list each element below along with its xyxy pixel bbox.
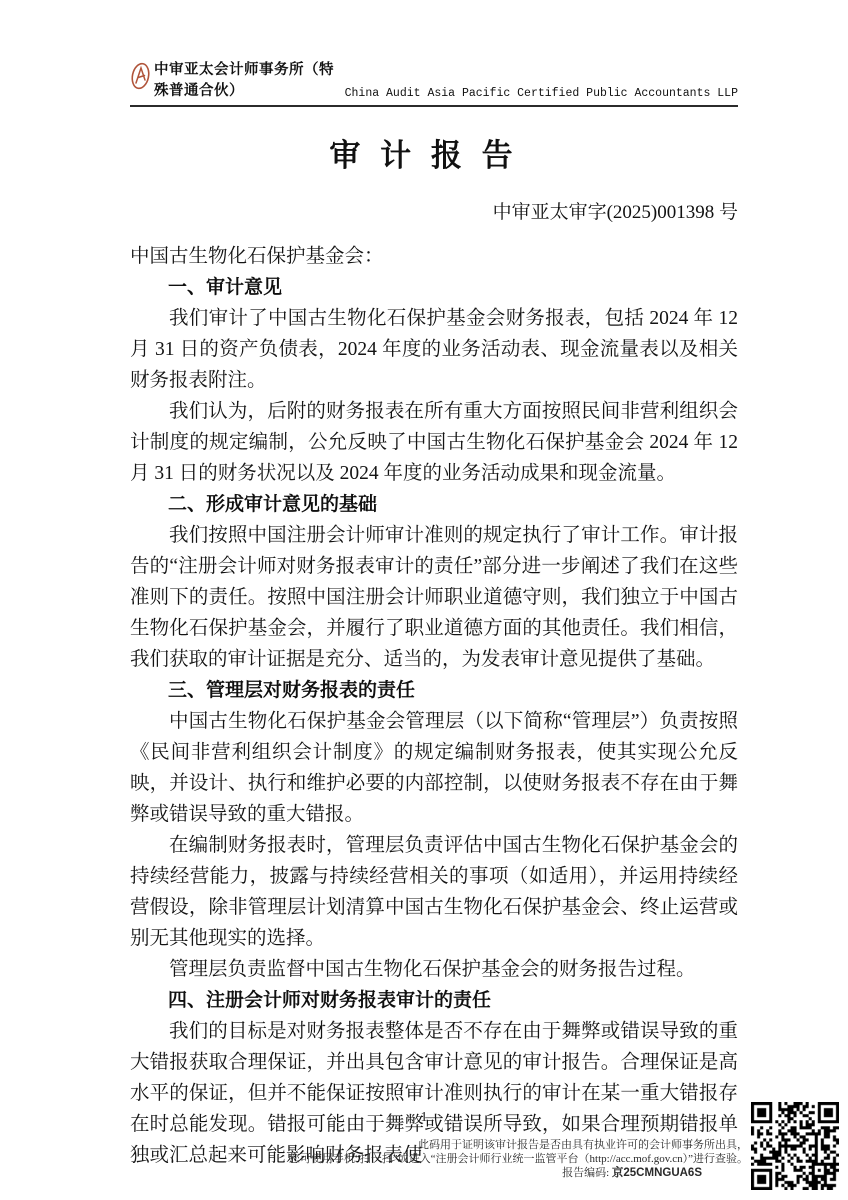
body-paragraph: 中国古生物化石保护基金会管理层（以下简称“管理层”）负责按照《民间非营利组织会计… [130,706,738,830]
report-title: 审 计 报 告 [0,130,848,175]
report-code-label: 报告编码: [562,1167,609,1179]
body-paragraph: 管理层负责监督中国古生物化石保护基金会的财务报告过程。 [130,954,738,985]
report-code-value: 京25CMNGUA6S [612,1167,702,1179]
verification-note: 此码用于证明该审计报告是否由具有执业许可的会计师事务所出具， 您可使用手机“扫一… [148,1139,748,1181]
page-number: 1 [0,1110,848,1126]
report-reference-number: 中审亚太审字(2025)001398 号 [130,197,738,224]
firm-name-en: China Audit Asia Pacific Certified Publi… [345,87,738,100]
firm-name-cn: 中审亚太会计师事务所（特殊普通合伙） [154,58,345,100]
body-paragraph: 我们认为，后附的财务报表在所有重大方面按照民间非营利组织会计制度的规定编制，公允… [130,396,738,489]
section-heading: 二、形成审计意见的基础 [130,489,738,520]
verification-qr-code [751,1102,839,1190]
addressee: 中国古生物化石保护基金会： [130,241,738,272]
letterhead: 中审亚太会计师事务所（特殊普通合伙） China Audit Asia Paci… [130,58,738,107]
body-paragraph: 我们审计了中国古生物化石保护基金会财务报表，包括 2024 年 12 月 31 … [130,303,738,396]
body-paragraph: 在编制财务报表时，管理层负责评估中国古生物化石保护基金会的持续经营能力，披露与持… [130,830,738,954]
firm-name-cn-block: 中审亚太会计师事务所（特殊普通合伙） [130,58,345,100]
document-body: 中国古生物化石保护基金会： 一、审计意见我们审计了中国古生物化石保护基金会财务报… [130,241,738,1171]
report-code-line: 报告编码: 京25CMNGUA6S [148,1167,748,1181]
firm-monogram-icon [130,62,151,95]
section-heading: 三、管理层对财务报表的责任 [130,675,738,706]
verification-note-line2: 您可使用手机“扫一扫”或进入“注册会计师行业统一监管平台（http://acc.… [148,1153,748,1167]
section-heading: 一、审计意见 [130,272,738,303]
audit-report-page: 中审亚太会计师事务所（特殊普通合伙） China Audit Asia Paci… [0,0,848,1200]
section-heading: 四、注册会计师对财务报表审计的责任 [130,985,738,1016]
verification-note-line1: 此码用于证明该审计报告是否由具有执业许可的会计师事务所出具， [148,1139,748,1153]
body-paragraph: 我们按照中国注册会计师审计准则的规定执行了审计工作。审计报告的“注册会计师对财务… [130,520,738,675]
